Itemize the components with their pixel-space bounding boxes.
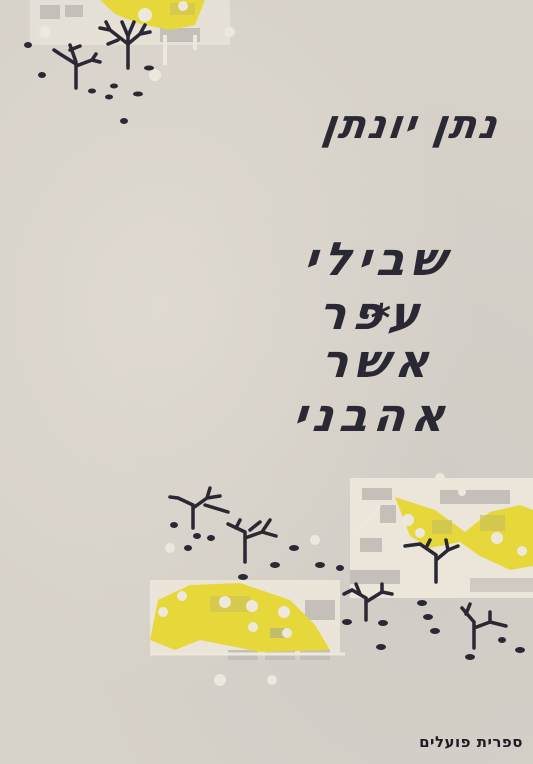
bottom-left-village-illustration	[150, 535, 345, 686]
publisher-name: ספרית פועלים	[419, 733, 523, 751]
stones	[24, 42, 154, 124]
title-line-2: אשר אהבני	[234, 334, 515, 442]
book-cover: נתן יונתן שבילי עפר * אשר אהבני ספרית פו…	[0, 0, 533, 764]
bare-tree-icon	[228, 520, 276, 562]
author-name: נתן יונתן	[320, 102, 502, 148]
bottom-right-village-illustration	[350, 473, 533, 598]
bare-tree-icon	[170, 488, 228, 528]
bare-tree-icon	[54, 45, 100, 88]
